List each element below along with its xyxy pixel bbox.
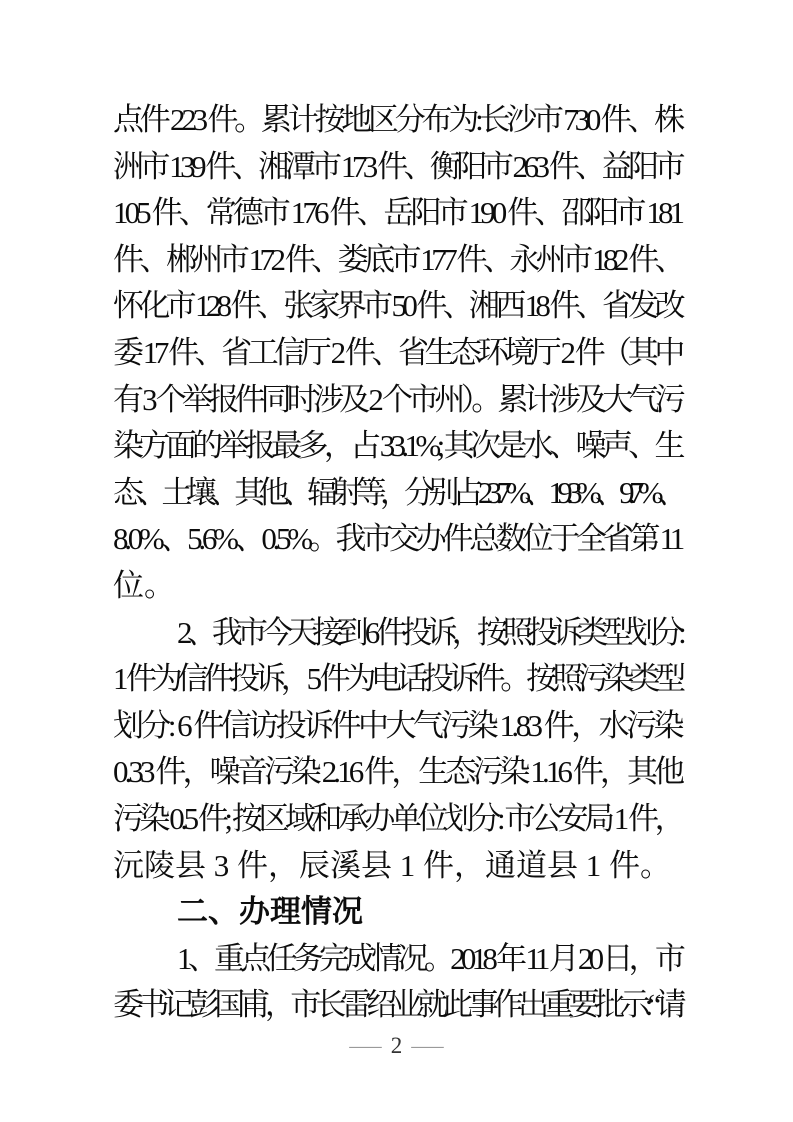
- footer-dash-left-icon: —: [349, 1033, 381, 1059]
- line-text: 1 件为信件投诉，5 件为电话投诉件。按照污染类型: [113, 656, 681, 703]
- paragraph-start-line: 2、我市今天接到 6 件投诉，按照投诉类型划分:: [177, 610, 681, 657]
- text-line: 委 17 件、省工信厅 2 件、省生态环境厅 2 件（其中: [113, 330, 681, 377]
- text-line: 划分: 6 件信访投诉件中大气污染 1.83 件，水污染: [113, 703, 681, 750]
- line-text: 委书记彭国甫，市长雷绍业就此事作出重要批示:“请: [113, 982, 681, 1029]
- line-text: 态、土壤、其他、辐射等，分别占 23.7%、19.3%、9.7%、: [113, 470, 681, 517]
- text-line: 有 3 个举报件同时涉及 2 个市州）。累计涉及大气污: [113, 377, 681, 424]
- document-page: 点件 223 件。累计按地区分布为:长沙市 730 件、株 洲市 139 件、湘…: [0, 0, 793, 1122]
- document-body: 点件 223 件。累计按地区分布为:长沙市 730 件、株 洲市 139 件、湘…: [113, 97, 681, 1029]
- line-text: 洲市 139 件、湘潭市 173 件、衡阳市 263 件、益阳市: [113, 144, 681, 191]
- text-line: 8.0%、5.6%、0.5%。我市交办件总数位于全省第 11: [113, 516, 681, 563]
- line-text: 2、我市今天接到 6 件投诉，按照投诉类型划分:: [177, 610, 681, 657]
- line-text: 8.0%、5.6%、0.5%。我市交办件总数位于全省第 11: [113, 516, 681, 563]
- line-text: 委 17 件、省工信厅 2 件、省生态环境厅 2 件（其中: [113, 330, 681, 377]
- page-footer: — 2 —: [0, 1026, 793, 1066]
- text-line: 染方面的举报最多，占 33.1%; 其次是水、噪声、生: [113, 423, 681, 470]
- line-text: 位。: [113, 563, 175, 610]
- text-line: 位。: [113, 563, 681, 610]
- text-line: 污染 0.5 件; 按区域和承办单位划分: 市公安局 1 件，: [113, 796, 681, 843]
- text-line: 态、土壤、其他、辐射等，分别占 23.7%、19.3%、9.7%、: [113, 470, 681, 517]
- line-text: 0.33 件，噪音污染 2.16 件，生态污染 1.16 件，其他: [113, 749, 681, 796]
- text-line: 沅陵县 3 件，辰溪县 1 件，通道县 1 件。: [113, 843, 681, 890]
- line-text: 点件 223 件。累计按地区分布为:长沙市 730 件、株: [113, 97, 681, 144]
- text-line: 点件 223 件。累计按地区分布为:长沙市 730 件、株: [113, 97, 681, 144]
- text-line: 0.33 件，噪音污染 2.16 件，生态污染 1.16 件，其他: [113, 749, 681, 796]
- line-text: 怀化市 128 件、张家界市 50 件、湘西 18 件、省发改: [113, 283, 681, 330]
- line-text: 污染 0.5 件; 按区域和承办单位划分: 市公安局 1 件，: [113, 796, 681, 843]
- line-text: 染方面的举报最多，占 33.1%; 其次是水、噪声、生: [113, 423, 681, 470]
- text-line: 洲市 139 件、湘潭市 173 件、衡阳市 263 件、益阳市: [113, 144, 681, 191]
- paragraph-start-line: 1、重点任务完成情况。2018 年 11 月 20 日，市: [177, 936, 681, 983]
- text-line: 1 件为信件投诉，5 件为电话投诉件。按照污染类型: [113, 656, 681, 703]
- text-line: 件、郴州市 172 件、娄底市 177 件、永州市 182 件、: [113, 237, 681, 284]
- heading-text: 二、办理情况: [177, 889, 363, 936]
- line-text: 有 3 个举报件同时涉及 2 个市州）。累计涉及大气污: [113, 377, 681, 424]
- page-number: 2: [391, 1033, 403, 1059]
- footer-dash-right-icon: —: [412, 1033, 444, 1059]
- line-text: 划分: 6 件信访投诉件中大气污染 1.83 件，水污染: [113, 703, 681, 750]
- text-line: 委书记彭国甫，市长雷绍业就此事作出重要批示:“请: [113, 982, 681, 1029]
- text-line: 怀化市 128 件、张家界市 50 件、湘西 18 件、省发改: [113, 283, 681, 330]
- line-text: 1、重点任务完成情况。2018 年 11 月 20 日，市: [177, 936, 681, 983]
- line-text: 件、郴州市 172 件、娄底市 177 件、永州市 182 件、: [113, 237, 681, 284]
- line-text: 105 件、常德市 176 件、岳阳市 190 件、邵阳市 181: [113, 190, 681, 237]
- text-line: 105 件、常德市 176 件、岳阳市 190 件、邵阳市 181: [113, 190, 681, 237]
- section-heading: 二、办理情况: [177, 889, 681, 936]
- line-text: 沅陵县 3 件，辰溪县 1 件，通道县 1 件。: [113, 843, 671, 890]
